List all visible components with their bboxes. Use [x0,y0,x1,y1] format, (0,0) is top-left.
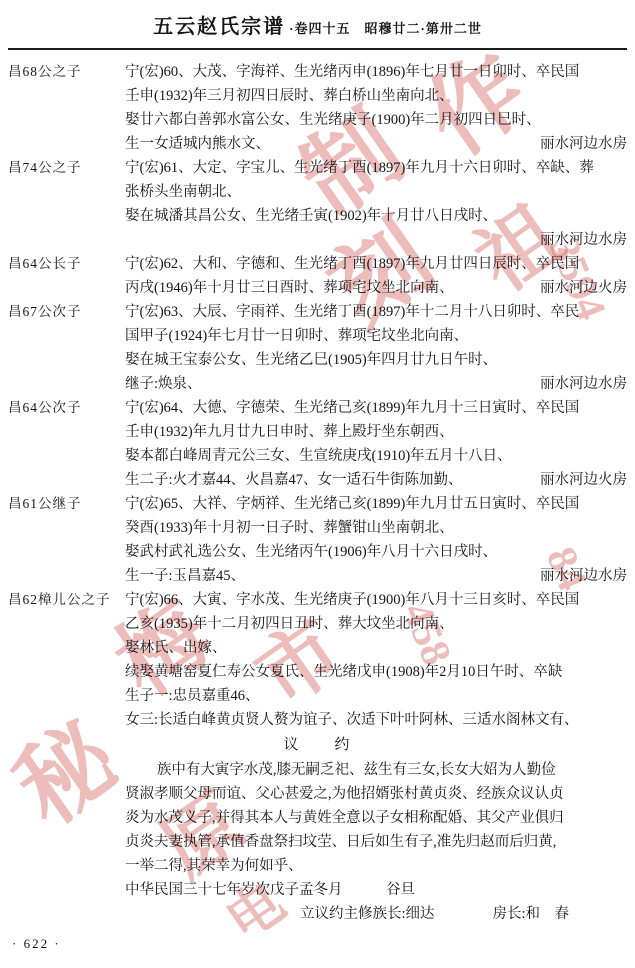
entry-body: 宁(宏)66、大寅、字水茂、生光绪庚子(1900)年八月十三日亥时、卒民国乙亥(… [125,588,627,732]
entry-line: 生子一:忠员嘉重46、 [125,684,627,708]
page-header: 五云赵氏宗谱 ·卷四十五 昭穆廿二·第卅二世 [8,12,627,44]
entry-body: 宁(宏)62、大和、字德和、生光绪丁酉(1897)年九月廿四日辰时、卒民国丙戌(… [125,252,627,300]
entry-line-text: 张桥头坐南朝北、 [125,184,241,200]
agreement-line-text: 中华民国三十七年岁次戊子孟冬月 谷旦 [125,882,415,898]
entry-line: 乙亥(1935)年十二月初四日丑时、葬大坟坐北向南、 [125,612,627,636]
branch-hall-label: 丽水河边水房 [540,564,627,588]
entry-line-text: 丙戌(1946)年十月廿三日酉时、葬项宅坟坐北向南、 [125,280,454,296]
entry-line: 续娶黄塘窑夏仁寿公女夏氏、生光绪戊申(1908)年2月10日午时、卒缺 [125,660,627,684]
entry-line-text: 壬申(1932)年九月廿九日申时、葬上殿圩坐东朝西、 [125,424,454,440]
entry-label: 昌67公次子 [8,300,112,324]
page-number: · 622 · [12,936,61,952]
book-title: 五云赵氏宗谱 [153,16,285,38]
branch-hall-label: 丽水河边火房 [540,468,627,492]
agreement-line-text: 族中有大寅字水茂,膝无嗣乏祀、兹生有三女,长女大妱为人勤俭 [157,762,556,778]
entry-line: 宁(宏)61、大定、字宝儿、生光绪丁酉(1897)年九月十六日卯时、卒缺、葬 [125,156,627,180]
entry-line-text: 女三:长适白峰黄贞贤人赘为谊子、次适下叶叶阿林、三适水阁林文有、 [125,712,579,728]
entry-line: 宁(宏)63、大辰、字雨祥、生光绪丁酉(1897)年十二月十八日卯时、卒民 [125,300,627,324]
entry-line: 娶林氏、出嫁、 [125,636,627,660]
entry-line-text: 生二子:火才嘉44、火昌嘉47、女一适石牛街陈加勤、 [125,472,463,488]
agreement-line-text: 贤淑孝顺父母而谊、父心甚爱之,为他招婿张村黄贞炎、经族众议认贞 [125,786,564,802]
entry-body: 宁(宏)64、大德、字德荣、生光绪己亥(1899)年九月十三日寅时、卒民国壬申(… [125,396,627,492]
entry-label: 昌64公长子 [8,252,112,276]
agreement-line: 族中有大寅字水茂,膝无嗣乏祀、兹生有三女,长女大妱为人勤俭 [125,758,627,782]
entry-row: 昌74公之子宁(宏)61、大定、字宝儿、生光绪丁酉(1897)年九月十六日卯时、… [8,156,627,252]
entry-row: 昌64公长子宁(宏)62、大和、字德和、生光绪丁酉(1897)年九月廿四日辰时、… [8,252,627,300]
entry-label: 昌74公之子 [8,156,112,180]
entry-body: 宁(宏)61、大定、字宝儿、生光绪丁酉(1897)年九月十六日卯时、卒缺、葬张桥… [125,156,627,252]
entry-row: 昌64公次子宁(宏)64、大德、字德荣、生光绪己亥(1899)年九月十三日寅时、… [8,396,627,492]
entry-body: 宁(宏)63、大辰、字雨祥、生光绪丁酉(1897)年十二月十八日卯时、卒民国甲子… [125,300,627,396]
entry-line-text: 娶廿六都白善郭水富公女、生光绪庚子(1900)年二月初四日巳时、 [125,112,541,128]
header-divider [8,48,627,50]
entry-line: 宁(宏)66、大寅、字水茂、生光绪庚子(1900)年八月十三日亥时、卒民国 [125,588,627,612]
entry-line: 娶本都白峰周青元公三女、生宣统庚戌(1910)年五月十八日、 [125,444,627,468]
entry-line-text: 生一子:玉昌嘉45、 [125,568,245,584]
entry-label: 昌61公继子 [8,492,112,516]
entry-line-text: 娶在城潘其昌公女、生光绪壬寅(1902)年十月廿八日戌时、 [125,208,497,224]
entry-line-text: 娶本都白峰周青元公三女、生宣统庚戌(1910)年五月十八日、 [125,448,512,464]
entry-line: 宁(宏)62、大和、字德和、生光绪丁酉(1897)年九月廿四日辰时、卒民国 [125,252,627,276]
entry-line-text: 娶林氏、出嫁、 [125,640,227,656]
entry-label: 昌64公次子 [8,396,112,420]
entry-line: 丽水河边水房 [125,228,627,252]
entry-line-text: 宁(宏)62、大和、字德和、生光绪丁酉(1897)年九月廿四日辰时、卒民国 [125,256,579,272]
entry-row: 昌62樟儿公之子宁(宏)66、大寅、字水茂、生光绪庚子(1900)年八月十三日亥… [8,588,627,732]
entry-label: 昌68公之子 [8,60,112,84]
entry-line: 丙戌(1946)年十月廿三日酉时、葬项宅坟坐北向南、丽水河边火房 [125,276,627,300]
branch-hall-label: 丽水河边水房 [540,372,627,396]
entry-line: 宁(宏)64、大德、字德荣、生光绪己亥(1899)年九月十三日寅时、卒民国 [125,396,627,420]
entry-line: 娶在城潘其昌公女、生光绪壬寅(1902)年十月廿八日戌时、 [125,204,627,228]
entry-line: 癸酉(1933)年十月初一日子时、葬蟹钳山坐南朝北、 [125,516,627,540]
branch-hall-label: 丽水河边水房 [540,132,627,156]
entry-line: 继子:焕泉、丽水河边水房 [125,372,627,396]
entry-line: 娶在城王宝泰公女、生光绪乙巳(1905)年四月廿九日午时、 [125,348,627,372]
agreement-line-text: 贞炎夫妻执管,承值香盘祭扫坟茔、日后如生有子,准先归赵而后归黄, [125,834,556,850]
entry-line-text: 娶武村武礼选公女、生光绪丙午(1906)年八月十六日戌时、 [125,544,497,560]
branch-hall-label: 丽水河边火房 [540,276,627,300]
entry-line-text: 宁(宏)61、大定、字宝儿、生光绪丁酉(1897)年九月十六日卯时、卒缺、葬 [125,160,594,176]
entry-line: 娶廿六都白善郭水富公女、生光绪庚子(1900)年二月初四日巳时、 [125,108,627,132]
agreement-line: 炎为水茂义子,并得其本人与黄姓全意以子女相称配婚、其父产业俱归 [125,806,627,830]
entry-line: 女三:长适白峰黄贞贤人赘为谊子、次适下叶叶阿林、三适水阁林文有、 [125,708,627,732]
entry-line: 张桥头坐南朝北、 [125,180,627,204]
entry-body: 宁(宏)60、大茂、字海祥、生光绪丙申(1896)年七月廿一日卯时、卒民国壬申(… [125,60,627,156]
genealogy-page: 五云赵氏宗谱 ·卷四十五 昭穆廿二·第卅二世 昌68公之子宁(宏)60、大茂、字… [0,0,635,926]
entry-line: 宁(宏)60、大茂、字海祥、生光绪丙申(1896)年七月廿一日卯时、卒民国 [125,60,627,84]
entry-line-text: 宁(宏)65、大祥、字炳祥、生光绪己亥(1899)年九月廿五日寅时、卒民国 [125,496,579,512]
entries-section: 昌68公之子宁(宏)60、大茂、字海祥、生光绪丙申(1896)年七月廿一日卯时、… [8,60,627,732]
entry-line-text: 乙亥(1935)年十二月初四日丑时、葬大坟坐北向南、 [125,616,454,632]
entry-line-text: 国甲子(1924)年七月廿一日卯时、葬项宅坟坐北向南、 [125,328,468,344]
entry-row: 昌67公次子宁(宏)63、大辰、字雨祥、生光绪丁酉(1897)年十二月十八日卯时… [8,300,627,396]
entry-line: 生一女适城内熊水文、丽水河边水房 [125,132,627,156]
entry-line: 生一子:玉昌嘉45、丽水河边水房 [125,564,627,588]
entry-line-text: 壬申(1932)年三月初四日辰时、葬白桥山坐南向北、 [125,88,454,104]
agreement-heading: 议 约 [8,732,627,758]
entry-body: 宁(宏)65、大祥、字炳祥、生光绪己亥(1899)年九月廿五日寅时、卒民国癸酉(… [125,492,627,588]
entry-line: 壬申(1932)年三月初四日辰时、葬白桥山坐南向北、 [125,84,627,108]
agreement-section: 族中有大寅字水茂,膝无嗣乏祀、兹生有三女,长女大妱为人勤俭贤淑孝顺父母而谊、父心… [125,758,627,926]
entry-line: 娶武村武礼选公女、生光绪丙午(1906)年八月十六日戌时、 [125,540,627,564]
entry-line: 生二子:火才嘉44、火昌嘉47、女一适石牛街陈加勤、丽水河边火房 [125,468,627,492]
entry-line-text: 宁(宏)60、大茂、字海祥、生光绪丙申(1896)年七月廿一日卯时、卒民国 [125,64,579,80]
entry-line-text: 生一女适城内熊水文、 [125,136,270,152]
agreement-line-text: 一举二得,其荣幸为何如乎、 [125,858,303,874]
entry-row: 昌68公之子宁(宏)60、大茂、字海祥、生光绪丙申(1896)年七月廿一日卯时、… [8,60,627,156]
agreement-line: 贞炎夫妻执管,承值香盘祭扫坟茔、日后如生有子,准先归赵而后归黄, [125,830,627,854]
entry-line-text: 继子:焕泉、 [125,376,202,392]
entry-line-text: 生子一:忠员嘉重46、 [125,688,260,704]
entry-line-text: 宁(宏)66、大寅、字水茂、生光绪庚子(1900)年八月十三日亥时、卒民国 [125,592,579,608]
entry-line-text: 娶在城王宝泰公女、生光绪乙巳(1905)年四月廿九日午时、 [125,352,497,368]
entry-line-text: 宁(宏)63、大辰、字雨祥、生光绪丁酉(1897)年十二月十八日卯时、卒民 [125,304,579,320]
agreement-line: 贤淑孝顺父母而谊、父心甚爱之,为他招婿张村黄贞炎、经族众议认贞 [125,782,627,806]
volume-subtitle: ·卷四十五 昭穆廿二·第卅二世 [289,21,482,36]
agreement-line: 立议约主修族长:细达 房长:和 春 [125,902,627,926]
agreement-line: 中华民国三十七年岁次戊子孟冬月 谷旦 [125,878,627,902]
agreement-line-text: 立议约主修族长:细达 房长:和 春 [300,906,569,922]
entry-line-text: 癸酉(1933)年十月初一日子时、葬蟹钳山坐南朝北、 [125,520,454,536]
entry-line: 国甲子(1924)年七月廿一日卯时、葬项宅坟坐北向南、 [125,324,627,348]
entry-line-text: 宁(宏)64、大德、字德荣、生光绪己亥(1899)年九月十三日寅时、卒民国 [125,400,579,416]
entry-line: 宁(宏)65、大祥、字炳祥、生光绪己亥(1899)年九月廿五日寅时、卒民国 [125,492,627,516]
entry-line-text: 续娶黄塘窑夏仁寿公女夏氏、生光绪戊申(1908)年2月10日午时、卒缺 [125,664,562,680]
agreement-line: 一举二得,其荣幸为何如乎、 [125,854,627,878]
entry-label: 昌62樟儿公之子 [8,588,112,612]
entry-row: 昌61公继子宁(宏)65、大祥、字炳祥、生光绪己亥(1899)年九月廿五日寅时、… [8,492,627,588]
entry-line: 壬申(1932)年九月廿九日申时、葬上殿圩坐东朝西、 [125,420,627,444]
agreement-line-text: 炎为水茂义子,并得其本人与黄姓全意以子女相称配婚、其父产业俱归 [125,810,564,826]
branch-hall-label: 丽水河边水房 [540,228,627,252]
